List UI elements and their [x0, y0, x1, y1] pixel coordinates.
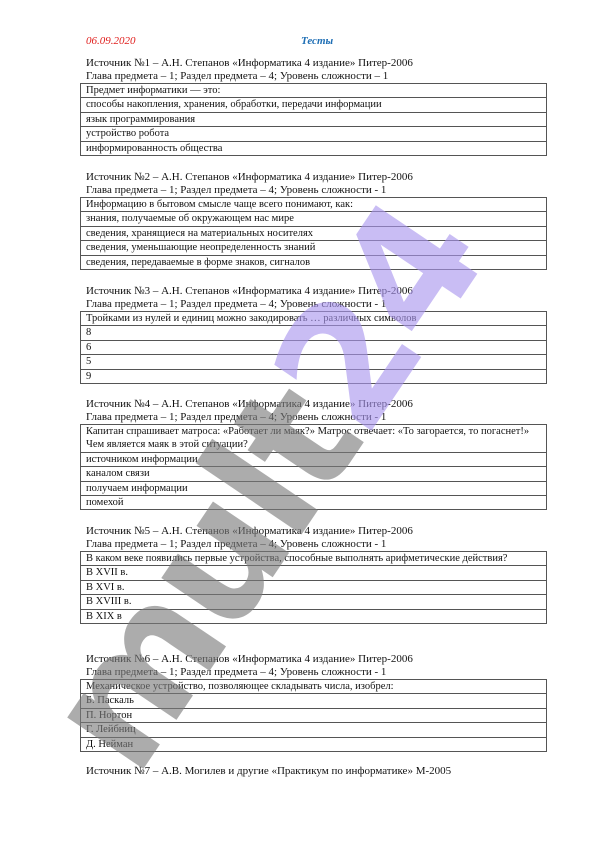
question-source: Источник №7 – А.В. Могилев и другие «Пра…	[80, 765, 451, 778]
question-table: Информацию в бытовом смысле чаще всего п…	[80, 197, 547, 270]
header-title: Тесты	[301, 35, 333, 47]
question-source: Источник №4 – А.Н. Степанов «Информатика…	[80, 398, 547, 411]
question-source: Источник №3 – А.Н. Степанов «Информатика…	[80, 285, 547, 298]
question-table: Капитан спрашивает матроса: «Работает ли…	[80, 424, 547, 510]
answer-option: знания, получаемые об окружающем нас мир…	[81, 212, 547, 226]
answer-option: Г. Лейбниц	[81, 723, 547, 737]
question-meta: Глава предмета – 1; Раздел предмета – 4;…	[80, 666, 547, 679]
question-block-7: Источник №7 – А.В. Могилев и другие «Пра…	[80, 765, 451, 778]
question-text: Информацию в бытовом смысле чаще всего п…	[81, 198, 547, 212]
answer-option: каналом связи	[81, 467, 547, 481]
question-block-5: Источник №5 – А.Н. Степанов «Информатика…	[80, 525, 547, 624]
answer-option: устройство робота	[81, 127, 547, 141]
question-source: Источник №1 – А.Н. Степанов «Информатика…	[80, 57, 547, 70]
header-date: 06.09.2020	[86, 35, 136, 47]
question-block-3: Источник №3 – А.Н. Степанов «Информатика…	[80, 285, 547, 384]
question-block-1: Источник №1 – А.Н. Степанов «Информатика…	[80, 57, 547, 156]
answer-option: В XVIII в.	[81, 595, 547, 609]
question-table: Тройками из нулей и единиц можно закодир…	[80, 311, 547, 384]
answer-option: помехой	[81, 496, 547, 510]
question-meta: Глава предмета – 1; Раздел предмета – 4;…	[80, 298, 547, 311]
question-text: Тройками из нулей и единиц можно закодир…	[81, 312, 547, 326]
answer-option: Б. Паскаль	[81, 694, 547, 708]
page-header: 06.09.2020 Тесты	[86, 35, 546, 49]
question-text: Механическое устройство, позволяющее скл…	[81, 680, 547, 694]
question-block-4: Источник №4 – А.Н. Степанов «Информатика…	[80, 398, 547, 510]
question-meta: Глава предмета – 1; Раздел предмета – 4;…	[80, 70, 547, 83]
question-block-6: Источник №6 – А.Н. Степанов «Информатика…	[80, 653, 547, 752]
question-source: Источник №2 – А.Н. Степанов «Информатика…	[80, 171, 547, 184]
answer-option: язык программирования	[81, 112, 547, 126]
answer-option: Д. Нейман	[81, 737, 547, 751]
question-meta: Глава предмета – 1; Раздел предмета – 4;…	[80, 411, 547, 424]
question-meta: Глава предмета – 1; Раздел предмета – 4;…	[80, 184, 547, 197]
answer-option: В XVII в.	[81, 566, 547, 580]
answer-option: сведения, передаваемые в форме знаков, с…	[81, 255, 547, 269]
answer-option: 8	[81, 326, 547, 340]
question-meta: Глава предмета – 1; Раздел предмета – 4;…	[80, 538, 547, 551]
answer-option: 9	[81, 369, 547, 383]
question-source: Источник №5 – А.Н. Степанов «Информатика…	[80, 525, 547, 538]
answer-option: информированность общества	[81, 141, 547, 155]
question-table: В каком веке появились первые устройства…	[80, 551, 547, 624]
answer-option: получаем информации	[81, 481, 547, 495]
answer-option: сведения, хранящиеся на материальных нос…	[81, 226, 547, 240]
answer-option: источником информации	[81, 452, 547, 466]
question-source: Источник №6 – А.Н. Степанов «Информатика…	[80, 653, 547, 666]
answer-option: П. Нортон	[81, 708, 547, 722]
answer-option: В XVI в.	[81, 580, 547, 594]
answer-option: 5	[81, 355, 547, 369]
document-page: 06.09.2020 Тесты Источник №1 – А.Н. Степ…	[0, 0, 596, 842]
answer-option: 6	[81, 340, 547, 354]
question-table: Механическое устройство, позволяющее скл…	[80, 679, 547, 752]
question-text: В каком веке появились первые устройства…	[81, 552, 547, 566]
question-table: Предмет информатики — это: способы накоп…	[80, 83, 547, 156]
answer-option: сведения, уменьшающие неопределенность з…	[81, 241, 547, 255]
answer-option: способы накопления, хранения, обработки,…	[81, 98, 547, 112]
answer-option: В XIX в	[81, 609, 547, 623]
question-text: Капитан спрашивает матроса: «Работает ли…	[81, 425, 547, 453]
question-text: Предмет информатики — это:	[81, 84, 547, 98]
question-block-2: Источник №2 – А.Н. Степанов «Информатика…	[80, 171, 547, 270]
